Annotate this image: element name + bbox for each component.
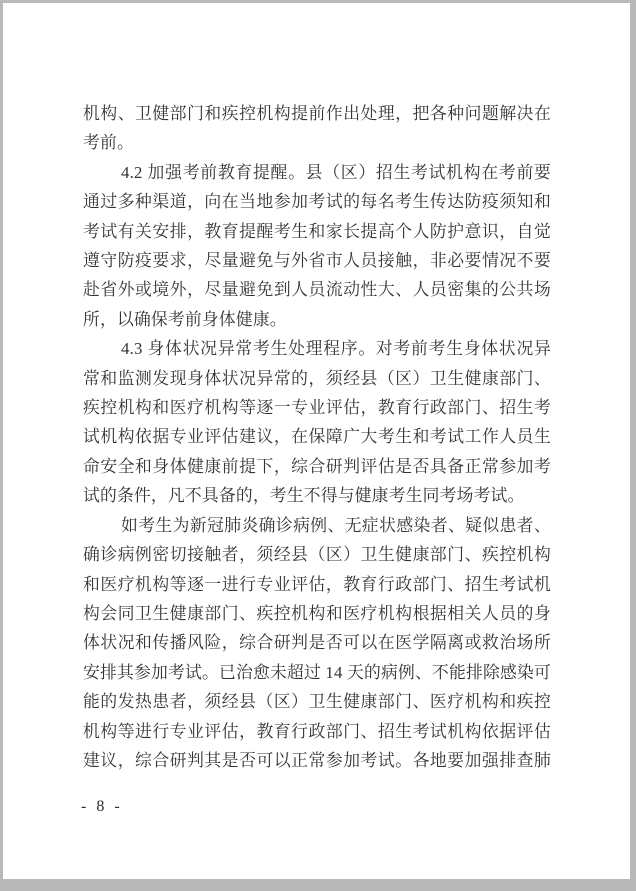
text-line: 构会同卫生健康部门、疾控机构和医疗机构根据相关人员的身 (83, 599, 551, 628)
scanned-page-frame: 机构、卫健部门和疾控机构提前作出处理，把各种问题解决在考前。4.2 加强考前教育… (0, 0, 636, 891)
text-line: 能的发热患者，须经县（区）卫生健康部门、医疗机构和疾控 (83, 687, 551, 716)
text-line: 赴省外或境外，尽量避免到人员流动性大、人员密集的公共场 (83, 275, 551, 304)
text-line: 试的条件，凡不具备的，考生不得与健康考生同考场考试。 (83, 481, 551, 510)
text-line: 确诊病例密切接触者，须经县（区）卫生健康部门、疾控机构 (83, 540, 551, 569)
text-line: 体状况和传播风险，综合研判是否可以在医学隔离或救治场所 (83, 628, 551, 657)
text-line: 所，以确保考前身体健康。 (83, 305, 551, 334)
text-line: 考前。 (83, 128, 551, 157)
text-line: 试机构依据专业评估建议，在保障广大考生和考试工作人员生 (83, 422, 551, 451)
text-line: 常和监测发现身体状况异常的，须经县（区）卫生健康部门、 (83, 364, 551, 393)
text-line: 如考生为新冠肺炎确诊病例、无症状感染者、疑似患者、 (83, 511, 551, 540)
document-body: 机构、卫健部门和疾控机构提前作出处理，把各种问题解决在考前。4.2 加强考前教育… (83, 99, 551, 775)
text-line: 4.3 身体状况异常考生处理程序。对考前考生身体状况异 (83, 334, 551, 363)
page-number: - 8 - (81, 798, 123, 816)
text-line: 机构等进行专业评估，教育行政部门、招生考试机构依据评估 (83, 717, 551, 746)
document-page: 机构、卫健部门和疾控机构提前作出处理，把各种问题解决在考前。4.2 加强考前教育… (3, 3, 630, 879)
text-line: 和医疗机构等逐一进行专业评估，教育行政部门、招生考试机 (83, 570, 551, 599)
text-line: 建议，综合研判其是否可以正常参加考试。各地要加强排查肺 (83, 746, 551, 775)
text-line: 4.2 加强考前教育提醒。县（区）招生考试机构在考前要 (83, 158, 551, 187)
text-line: 通过多种渠道，向在当地参加考试的每名考生传达防疫须知和 (83, 187, 551, 216)
text-line: 考试有关安排，教育提醒考生和家长提高个人防护意识，自觉 (83, 217, 551, 246)
text-line: 安排其参加考试。已治愈未超过 14 天的病例、不能排除感染可 (83, 658, 551, 687)
text-line: 命安全和身体健康前提下，综合研判评估是否具备正常参加考 (83, 452, 551, 481)
text-line: 疾控机构和医疗机构等逐一专业评估，教育行政部门、招生考 (83, 393, 551, 422)
text-line: 机构、卫健部门和疾控机构提前作出处理，把各种问题解决在 (83, 99, 551, 128)
text-line: 遵守防疫要求，尽量避免与外省市人员接触，非必要情况不要 (83, 246, 551, 275)
